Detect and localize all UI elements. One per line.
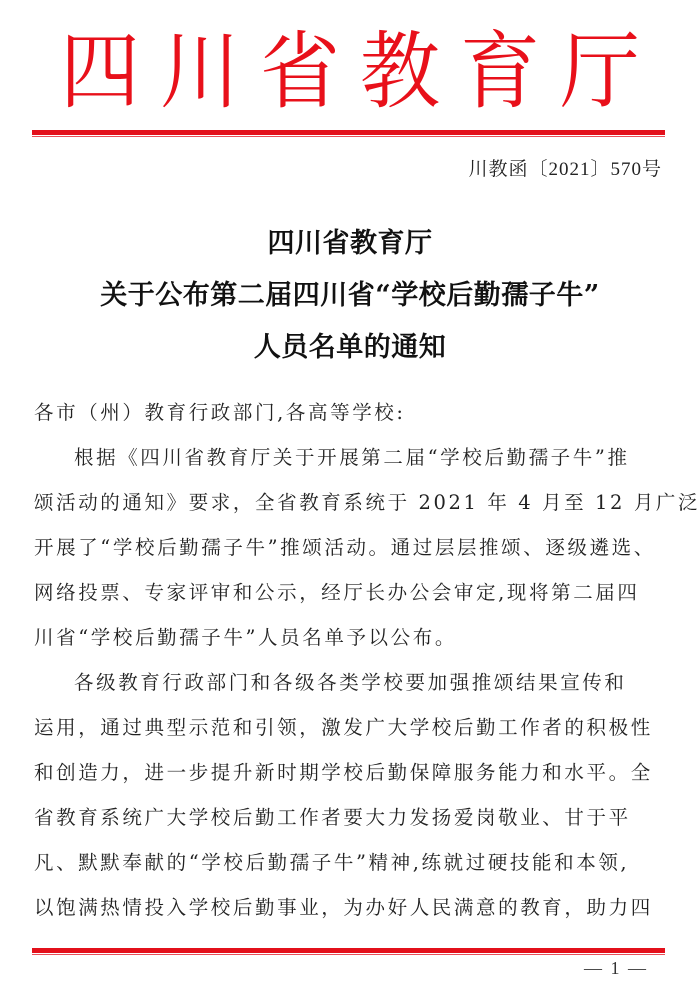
title-line-2: 关于公布第二届四川省“学校后勤孺子牛” [0, 270, 700, 322]
body-line: 省教育系统广大学校后勤工作者要大力发扬爱岗敬业、甘于平 [34, 795, 668, 840]
document-number: 川教函〔2021〕570号 [468, 156, 662, 184]
body-line: 川省“学校后勤孺子牛”人员名单予以公布。 [34, 615, 668, 660]
page-number: — 1 — [584, 958, 648, 979]
notice-title: 四川省教育厅 关于公布第二届四川省“学校后勤孺子牛” 人员名单的通知 [0, 218, 700, 374]
body-line: 各级教育行政部门和各级各类学校要加强推颂结果宣传和 [34, 660, 668, 705]
body-line: 以饱满热情投入学校后勤事业，为办好人民满意的教育，助力四 [34, 885, 668, 930]
masthead-red-rule [32, 130, 665, 135]
body-line: 网络投票、专家评审和公示，经厅长办公会审定,现将第二届四 [34, 570, 668, 615]
masthead-title: 四川省教育厅 [40, 20, 660, 125]
salutation: 各市（州）教育行政部门,各高等学校: [34, 390, 668, 435]
body-line: 根据《四川省教育厅关于开展第二届“学校后勤孺子牛”推 [34, 435, 668, 480]
title-line-3: 人员名单的通知 [0, 322, 700, 374]
body-line: 凡、默默奉献的“学校后勤孺子牛”精神,练就过硬技能和本领, [34, 840, 668, 885]
body-line: 颂活动的通知》要求，全省教育系统于 2021 年 4 月至 12 月广泛 [34, 480, 668, 525]
masthead: 四川省教育厅 [0, 22, 700, 122]
title-line-1: 四川省教育厅 [0, 218, 700, 270]
notice-body: 各市（州）教育行政部门,各高等学校: 根据《四川省教育厅关于开展第二届“学校后勤… [34, 390, 668, 930]
body-line: 开展了“学校后勤孺子牛”推颂活动。通过层层推颂、逐级遴选、 [34, 525, 668, 570]
body-line: 和创造力，进一步提升新时期学校后勤保障服务能力和水平。全 [34, 750, 668, 795]
body-line: 运用，通过典型示范和引领，激发广大学校后勤工作者的积极性 [34, 705, 668, 750]
footer-red-rule [32, 948, 665, 953]
